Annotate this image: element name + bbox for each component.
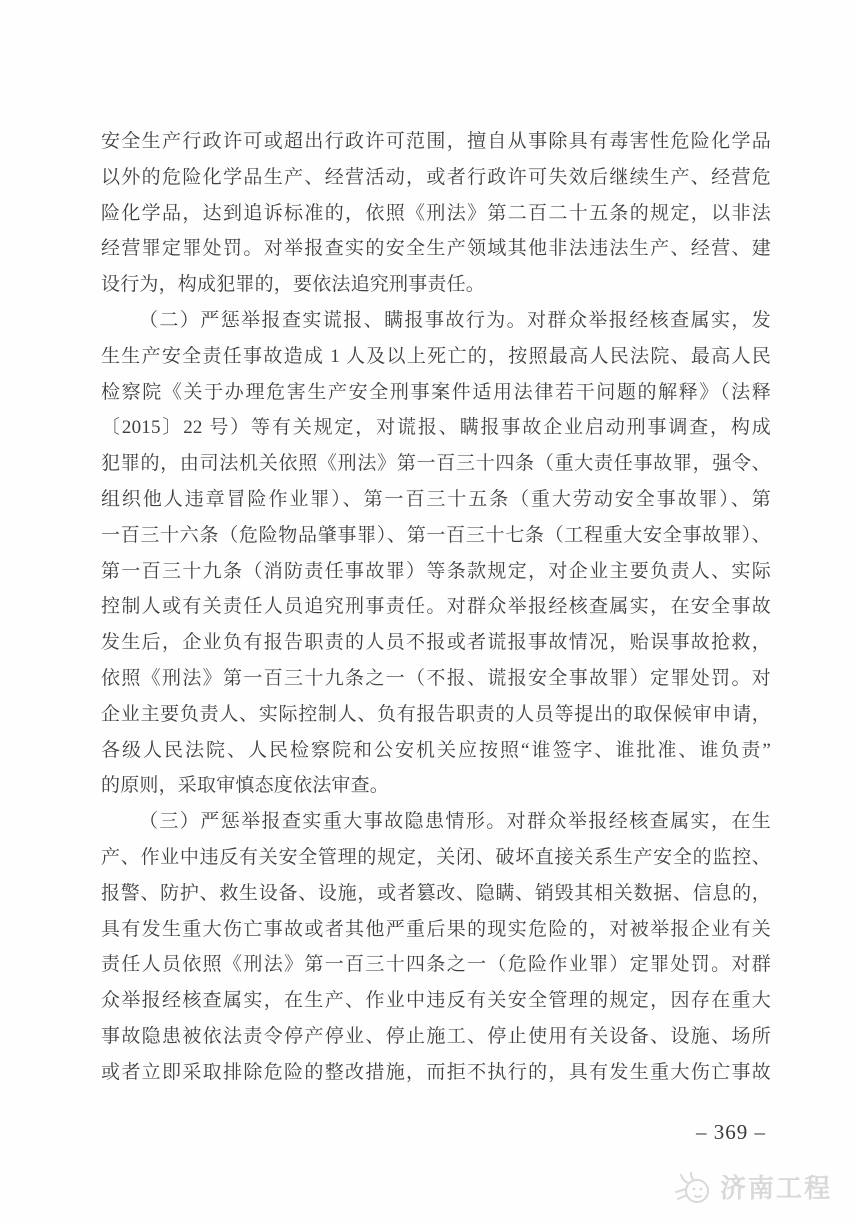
document-body: 安全生产行政许可或超出行政许可范围，擅自从事除具有毒害性危险化学品以外的危险化学… — [101, 124, 771, 1091]
text-line: 设行为，构成犯罪的，要依法追究刑事责任。 — [101, 267, 771, 303]
text-line: 或者立即采取排除危险的整改措施，而拒不执行的，具有发生重大伤亡事故 — [101, 1055, 771, 1091]
text-line: 第一百三十九条（消防责任事故罪）等条款规定，对企业主要负责人、实际 — [101, 554, 771, 590]
text-line: 企业主要负责人、实际控制人、负有报告职责的人员等提出的取保候审申请， — [101, 697, 771, 733]
text-line: 经营罪定罪处罚。对举报查实的安全生产领域其他非法违法生产、经营、建 — [101, 231, 771, 267]
text-line: （二）严惩举报查实谎报、瞒报事故行为。对群众举报经核查属实，发 — [101, 303, 771, 339]
text-line: 事故隐患被依法责令停产停业、停止施工、停止使用有关设备、设施、场所 — [101, 1019, 771, 1055]
text-line: 安全生产行政许可或超出行政许可范围，擅自从事除具有毒害性危险化学品 — [101, 124, 771, 160]
text-line: 犯罪的，由司法机关依照《刑法》第一百三十四条（重大责任事故罪，强令、 — [101, 446, 771, 482]
watermark: 济南工程 — [672, 1168, 832, 1205]
text-line: 的原则，采取审慎态度依法审查。 — [101, 768, 771, 804]
text-line: 以外的危险化学品生产、经营活动，或者行政许可失效后继续生产、经营危 — [101, 160, 771, 196]
text-line: （三）严惩举报查实重大事故隐患情形。对群众举报经核查属实，在生 — [101, 804, 771, 840]
text-line: 生生产安全责任事故造成 1 人及以上死亡的，按照最高人民法院、最高人民 — [101, 339, 771, 375]
bird-mascot-icon — [672, 1169, 714, 1205]
text-line: 发生后，企业负有报告职责的人员不报或者谎报事故情况，贻误事故抢救， — [101, 625, 771, 661]
text-line: 众举报经核查属实，在生产、作业中违反有关安全管理的规定，因存在重大 — [101, 983, 771, 1019]
text-line: 检察院《关于办理危害生产安全刑事案件适用法律若干问题的解释》（法释 — [101, 375, 771, 411]
text-line: 责任人员依照《刑法》第一百三十四条之一（危险作业罪）定罪处罚。对群 — [101, 947, 771, 983]
text-line: 报警、防护、救生设备、设施，或者篡改、隐瞒、销毁其相关数据、信息的， — [101, 876, 771, 912]
text-line: 控制人或有关责任人员追究刑事责任。对群众举报经核查属实，在安全事故 — [101, 589, 771, 625]
text-line: 产、作业中违反有关安全管理的规定，关闭、破坏直接关系生产安全的监控、 — [101, 840, 771, 876]
text-line: 一百三十六条（危险物品肇事罪）、第一百三十七条（工程重大安全事故罪）、 — [101, 518, 771, 554]
text-line: 险化学品，达到追诉标准的，依照《刑法》第二百二十五条的规定，以非法 — [101, 196, 771, 232]
text-line: 依照《刑法》第一百三十九条之一（不报、谎报安全事故罪）定罪处罚。对 — [101, 661, 771, 697]
text-line: 具有发生重大伤亡事故或者其他严重后果的现实危险的，对被举报企业有关 — [101, 912, 771, 948]
page-number: – 369 – — [696, 1120, 766, 1145]
document-page: 安全生产行政许可或超出行政许可范围，擅自从事除具有毒害性危险化学品以外的危险化学… — [0, 0, 856, 1225]
watermark-label: 济南工程 — [720, 1168, 832, 1205]
text-line: 各级人民法院、人民检察院和公安机关应按照“谁签字、谁批准、谁负责” — [101, 733, 771, 769]
text-line: 组织他人违章冒险作业罪）、第一百三十五条（重大劳动安全事故罪）、第 — [101, 482, 771, 518]
text-line: 〔2015〕22 号）等有关规定，对谎报、瞒报事故企业启动刑事调查，构成 — [101, 410, 771, 446]
